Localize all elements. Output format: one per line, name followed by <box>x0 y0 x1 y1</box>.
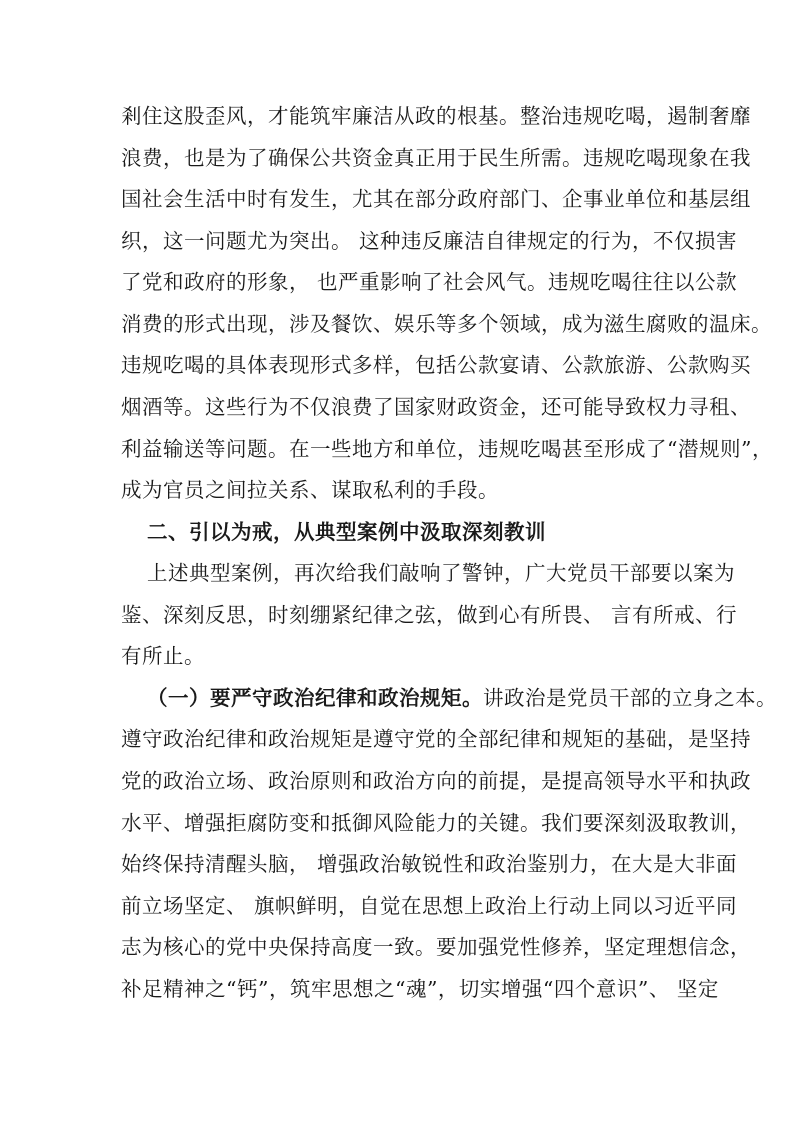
text-line: 鉴、深刻反思，时刻绷紧纪律之弦，做到心有所畏、 言有所戒、行 <box>121 595 673 637</box>
paragraph-intro: 剎住这股歪风，才能筑牢廉洁从政的根基。整治违规吃喝，遏制奢靡 浪费，也是为了确保… <box>121 96 673 512</box>
text-line: 始终保持清醒头脑， 增强政治敏锐性和政治鉴别力，在大是大非面 <box>121 844 673 886</box>
paragraph-political-discipline: （一）要严守政治纪律和政治规矩。讲政治是党员干部的立身之本。 遵守政治纪律和政治… <box>121 678 673 1011</box>
lead-sentence: 讲政治是党员干部的立身之本。 <box>483 686 777 710</box>
text-line: 浪费，也是为了确保公共资金真正用于民生所需。违规吃喝现象在我 <box>121 138 673 180</box>
text-line: 前立场坚定、 旗帜鲜明，自觉在思想上政治上行动上同以习近平同 <box>121 886 673 928</box>
text-line: 剎住这股歪风，才能筑牢廉洁从政的根基。整治违规吃喝，遏制奢靡 <box>121 96 673 138</box>
text-line: 织，这一问题尤为突出。 这种违反廉洁自律规定的行为，不仅损害 <box>121 221 673 263</box>
subsection-heading: （一）要严守政治纪律和政治规矩。 <box>147 686 483 710</box>
section-heading: 二、引以为戒，从典型案例中汲取深刻教训 <box>121 512 673 554</box>
text-line: 了党和政府的形象， 也严重影响了社会风气。违规吃喝往往以公款 <box>121 262 673 304</box>
document-page: 剎住这股歪风，才能筑牢廉洁从政的根基。整治违规吃喝，遏制奢靡 浪费，也是为了确保… <box>121 96 673 1010</box>
text-line: 消费的形式出现，涉及餐饮、娱乐等多个领域，成为滋生腐败的温床。 <box>121 304 673 346</box>
text-line: 上述典型案例，再次给我们敲响了警钟，广大党员干部要以案为 <box>121 553 673 595</box>
text-line: 遵守政治纪律和政治规矩是遵守党的全部纪律和规矩的基础，是坚持 <box>121 719 673 761</box>
text-line: 烟酒等。这些行为不仅浪费了国家财政资金，还可能导致权力寻租、 <box>121 387 673 429</box>
text-line: 有所止。 <box>121 636 673 678</box>
text-line: 国社会生活中时有发生，尤其在部分政府部门、企事业单位和基层组 <box>121 179 673 221</box>
text-line: （一）要严守政治纪律和政治规矩。讲政治是党员干部的立身之本。 <box>121 678 673 720</box>
paragraph-lessons: 上述典型案例，再次给我们敲响了警钟，广大党员干部要以案为 鉴、深刻反思，时刻绷紧… <box>121 553 673 678</box>
text-line: 志为核心的党中央保持高度一致。要加强党性修养，坚定理想信念， <box>121 927 673 969</box>
text-line: 党的政治立场、政治原则和政治方向的前提，是提高领导水平和执政 <box>121 761 673 803</box>
text-line: 补足精神之“钙”，筑牢思想之“魂”，切实增强“四个意识”、 坚定 <box>121 969 673 1011</box>
text-line: 水平、增强拒腐防变和抵御风险能力的关键。我们要深刻汲取教训， <box>121 803 673 845</box>
text-line: 违规吃喝的具体表现形式多样，包括公款宴请、公款旅游、公款购买 <box>121 345 673 387</box>
text-line: 利益输送等问题。在一些地方和单位，违规吃喝甚至形成了“潜规则”， <box>121 429 673 471</box>
text-line: 成为官员之间拉关系、谋取私利的手段。 <box>121 470 673 512</box>
